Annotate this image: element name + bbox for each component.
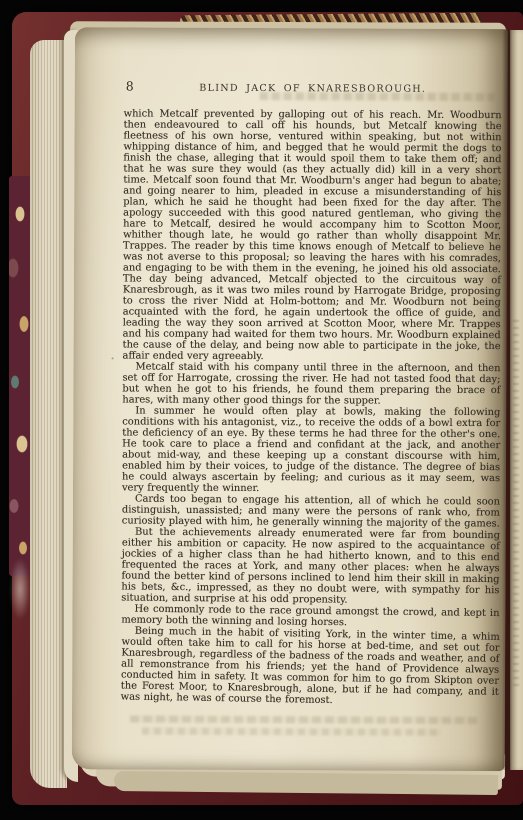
gutter-shadow [502,30,512,770]
paragraph: which Metcalf prevented by galloping out… [123,108,502,363]
facing-page-faint-text [513,320,519,690]
printed-content: 8 BLIND JACK OF KNARESBOROUGH. which Met… [121,79,502,704]
light-reflection [10,558,30,620]
book-page: 8 BLIND JACK OF KNARESBOROUGH. which Met… [72,27,508,771]
page-number: 8 [126,78,135,93]
page-header: 8 BLIND JACK OF KNARESBOROUGH. [124,79,502,96]
paragraph: Cards too began to engage his attention,… [122,493,500,529]
paragraph: Metcalf staid with his company until thr… [122,361,500,407]
show-through-text [142,728,442,736]
running-title: BLIND JACK OF KNARESBOROUGH. [124,79,502,95]
paragraph: In summer he would often play at bowls, … [122,405,500,495]
paragraph: Being much in the habit of visiting York… [121,625,500,708]
paragraph: But the achievements already enumerated … [121,526,500,607]
paper-speckle [375,124,377,126]
marbled-board-edge [9,176,32,576]
paper-speckle [322,668,324,670]
page-edge-stack [30,40,67,788]
paper-speckle [112,357,114,359]
photo-backdrop: { "book_page": { "page_number": "8", "ru… [0,0,523,820]
book-photo-scene: 8 BLIND JACK OF KNARESBOROUGH. which Met… [0,0,523,820]
show-through-text [130,715,478,724]
page-edge-bottom [114,771,498,795]
text-block: which Metcalf prevented by galloping out… [121,108,502,704]
